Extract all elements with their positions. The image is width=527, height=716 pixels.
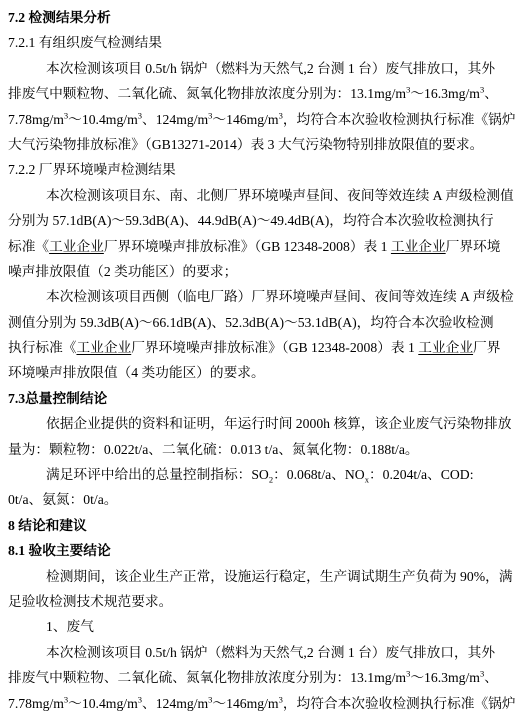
text-run: 工业企业 — [391, 239, 446, 254]
document-line: 执行标准《工业企业厂界环境噪声排放标准》（GB 12348-2008）表 1 工… — [8, 335, 521, 360]
text-run: 厂界 — [473, 340, 500, 355]
text-run: 量为：颗粒物：0.022t/a、二氧化硫：0.013 t/a、氮氧化物：0.18… — [8, 442, 419, 457]
text-run: 执行标准《 — [8, 340, 76, 355]
text-run: 满足环评中给出的总量控制指标：SO — [46, 467, 269, 482]
text-run: ，均符合本次验收检测执行标准《锅炉 — [283, 112, 516, 127]
document-line: 7.2.2 厂界环境噪声检测结果 — [8, 157, 521, 182]
document-line: 7.78mg/m3～10.4mg/m3、124mg/m3～146mg/m3，均符… — [8, 691, 521, 716]
text-run: 测值分别为 59.3dB(A)～66.1dB(A)、52.3dB(A)～53.1… — [8, 315, 494, 330]
document-line: 检测期间，该企业生产正常，设施运行稳定，生产调试期生产负荷为 90%，满 — [8, 564, 521, 589]
document-line: 7.78mg/m3～10.4mg/m3、124mg/m3～146mg/m3，均符… — [8, 107, 521, 132]
document-line: 本次检测该项目 0.5t/h 锅炉（燃料为天然气,2 台测 1 台）废气排放口，… — [8, 56, 521, 81]
document-page: 7.2 检测结果分析7.2.1 有组织废气检测结果本次检测该项目 0.5t/h … — [0, 0, 527, 716]
document-line: 排废气中颗粒物、二氧化硫、氮氧化物排放浓度分别为：13.1mg/m3～16.3m… — [8, 665, 521, 690]
text-run: 、 — [484, 670, 498, 685]
text-run: 7.78mg/m — [8, 112, 64, 127]
document-line: 7.2.1 有组织废气检测结果 — [8, 30, 521, 55]
text-run: ：0.204t/a、COD: — [369, 467, 474, 482]
text-run: 本次检测该项目东、南、北侧厂界环境噪声昼间、夜间等效连续 A 声级检测值 — [46, 188, 514, 203]
document-line: 排废气中颗粒物、二氧化硫、氮氧化物排放浓度分别为：13.1mg/m3～16.3m… — [8, 81, 521, 106]
text-run: 本次检测该项目 0.5t/h 锅炉（燃料为天然气,2 台测 1 台）废气排放口，… — [46, 645, 495, 660]
document-line: 分别为 57.1dB(A)～59.3dB(A)、44.9dB(A)～49.4dB… — [8, 208, 521, 233]
document-line: 标准《工业企业厂界环境噪声排放标准》（GB 12348-2008）表 1 工业企… — [8, 234, 521, 259]
document-line: 足验收检测技术规范要求。 — [8, 589, 521, 614]
document-line: 1、废气 — [8, 614, 521, 639]
text-run: 厂界环境噪声排放标准》（GB 12348-2008）表 1 — [131, 340, 418, 355]
heading-line: 7.3总量控制结论 — [8, 386, 521, 411]
text-run: ～146mg/m — [212, 696, 278, 711]
text-run: 检测期间，该企业生产正常，设施运行稳定，生产调试期生产负荷为 90%，满 — [46, 569, 513, 584]
text-run: 工业企业 — [418, 340, 473, 355]
heading-line: 8 结论和建议 — [8, 513, 521, 538]
text-run: 0t/a、氨氮：0t/a。 — [8, 492, 118, 507]
text-run: ～16.3mg/m — [410, 670, 480, 685]
text-run: 工业企业 — [49, 239, 104, 254]
text-run: 大气污染物排放标准》（GB13271-2014）表 3 大气污染物特别排放限值的… — [8, 137, 483, 152]
document-line: 本次检测该项目东、南、北侧厂界环境噪声昼间、夜间等效连续 A 声级检测值 — [8, 183, 521, 208]
document-line: 大气污染物排放标准》（GB13271-2014）表 3 大气污染物特别排放限值的… — [8, 132, 521, 157]
text-run: 排废气中颗粒物、二氧化硫、氮氧化物排放浓度分别为：13.1mg/m — [8, 86, 406, 101]
document-line: 量为：颗粒物：0.022t/a、二氧化硫：0.013 t/a、氮氧化物：0.18… — [8, 437, 521, 462]
text-run: 本次检测该项目西侧（临电厂路）厂界环境噪声昼间、夜间等效连续 A 声级检 — [46, 289, 514, 304]
text-run: 分别为 57.1dB(A)～59.3dB(A)、44.9dB(A)～49.4dB… — [8, 213, 494, 228]
document-line: 0t/a、氨氮：0t/a。 — [8, 487, 521, 512]
text-run: 工业企业 — [76, 340, 131, 355]
text-run: 7.2.2 厂界环境噪声检测结果 — [8, 162, 176, 177]
document-line: 本次检测该项目西侧（临电厂路）厂界环境噪声昼间、夜间等效连续 A 声级检 — [8, 284, 521, 309]
text-run: 7.78mg/m — [8, 696, 64, 711]
text-run: ，均符合本次验收检测执行标准《锅炉 — [283, 696, 516, 711]
text-run: 依据企业提供的资料和证明，年运行时间 2000h 核算，该企业废气污染物排放 — [46, 416, 511, 431]
text-run: 1、废气 — [46, 619, 94, 634]
document-line: 噪声排放限值（2 类功能区）的要求； — [8, 259, 521, 284]
document-line: 满足环评中给出的总量控制指标：SO2：0.068t/a、NOx：0.204t/a… — [8, 462, 521, 487]
text-run: 8.1 验收主要结论 — [8, 543, 111, 558]
document-body: 7.2 检测结果分析7.2.1 有组织废气检测结果本次检测该项目 0.5t/h … — [8, 5, 521, 716]
document-line: 测值分别为 59.3dB(A)～66.1dB(A)、52.3dB(A)～53.1… — [8, 310, 521, 335]
heading-line: 7.2 检测结果分析 — [8, 5, 521, 30]
heading-line: 8.1 验收主要结论 — [8, 538, 521, 563]
text-run: ～10.4mg/m — [68, 696, 138, 711]
text-run: 、124mg/m — [142, 696, 208, 711]
text-run: 厂界环境 — [446, 239, 501, 254]
text-run: 、124mg/m — [142, 112, 208, 127]
text-run: 标准《 — [8, 239, 49, 254]
text-run: 7.3总量控制结论 — [8, 391, 107, 406]
text-run: ～16.3mg/m — [410, 86, 480, 101]
text-run: ～146mg/m — [212, 112, 278, 127]
text-run: ：0.068t/a、NO — [273, 467, 365, 482]
text-run: 7.2 检测结果分析 — [8, 10, 111, 25]
text-run: 排废气中颗粒物、二氧化硫、氮氧化物排放浓度分别为：13.1mg/m — [8, 670, 406, 685]
text-run: 、 — [484, 86, 498, 101]
text-run: 7.2.1 有组织废气检测结果 — [8, 35, 162, 50]
text-run: 足验收检测技术规范要求。 — [8, 594, 172, 609]
text-run: ～10.4mg/m — [68, 112, 138, 127]
text-run: 噪声排放限值（2 类功能区）的要求； — [8, 264, 237, 279]
document-line: 环境噪声排放限值（4 类功能区）的要求。 — [8, 360, 521, 385]
text-run: 厂界环境噪声排放标准》（GB 12348-2008）表 1 — [104, 239, 391, 254]
document-line: 依据企业提供的资料和证明，年运行时间 2000h 核算，该企业废气污染物排放 — [8, 411, 521, 436]
text-run: 环境噪声排放限值（4 类功能区）的要求。 — [8, 365, 265, 380]
document-line: 本次检测该项目 0.5t/h 锅炉（燃料为天然气,2 台测 1 台）废气排放口，… — [8, 640, 521, 665]
text-run: 8 结论和建议 — [8, 518, 87, 533]
text-run: 本次检测该项目 0.5t/h 锅炉（燃料为天然气,2 台测 1 台）废气排放口，… — [46, 61, 495, 76]
